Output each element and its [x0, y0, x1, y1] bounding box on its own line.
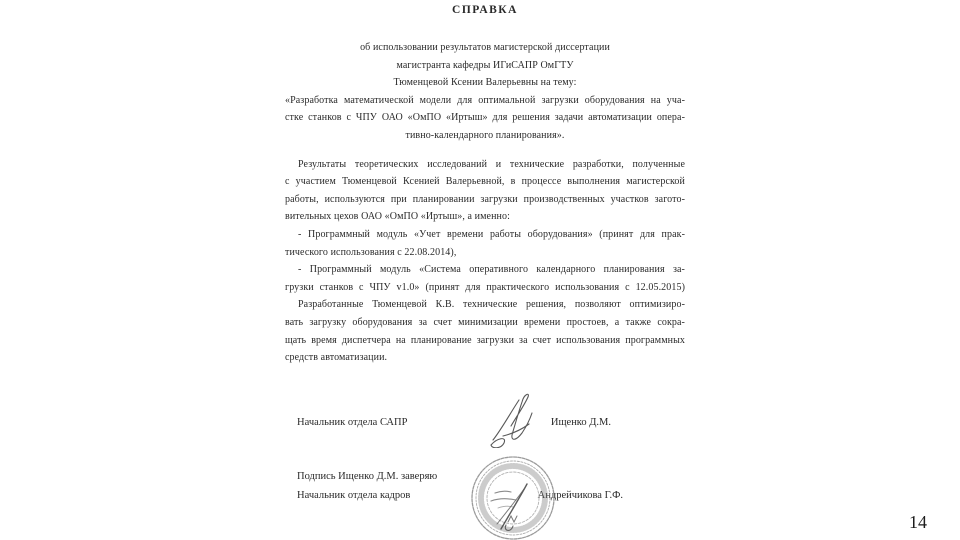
sapr-name: Ищенко Д.М.	[551, 416, 611, 430]
doc-line: Тюменцевой Ксении Валерьевны на тему:	[285, 74, 685, 92]
page-number: 14	[909, 512, 927, 533]
doc-line: «Разработка математической модели для оп…	[285, 92, 685, 110]
doc-line: Результаты теоретических исследований и …	[285, 156, 685, 174]
signature-scribble	[483, 388, 545, 448]
doc-line: вать загрузку оборудования за счет миним…	[285, 314, 685, 332]
doc-line: - Программный модуль «Учет времени работ…	[285, 226, 685, 244]
doc-line: грузки станков с ЧПУ v1.0» (принят для п…	[285, 279, 685, 297]
doc-line: Разработанные Тюменцевой К.В. технически…	[285, 296, 685, 314]
doc-line: тивно-календарного планирования».	[285, 127, 685, 145]
doc-line: тического использования с 22.08.2014),	[285, 244, 685, 262]
sapr-position-label: Начальник отдела САПР	[297, 416, 407, 430]
doc-line: работы, используются при планировании за…	[285, 191, 685, 209]
doc-line: стке станков с ЧПУ ОАО «ОмПО «Иртыш» для…	[285, 109, 685, 127]
doc-line: щать время диспетчера на планирование за…	[285, 332, 685, 350]
doc-line: средств автоматизации.	[285, 349, 685, 367]
doc-line: об использовании результатов магистерско…	[285, 39, 685, 57]
doc-line: вительных цехов ОАО «ОмПО «Иртыш», а име…	[285, 208, 685, 226]
certify-line: Подпись Ищенко Д.М. заверяю	[297, 470, 437, 484]
doc-line: магистранта кафедры ИГиСАПР ОмГТУ	[285, 57, 685, 75]
slide: СПРАВКА об использовании результатов маг…	[0, 0, 960, 540]
hr-position-label: Начальник отдела кадров	[297, 489, 410, 503]
stamp-seal	[468, 452, 560, 540]
document-title: СПРАВКА	[285, 4, 685, 19]
doc-line: - Программный модуль «Система оперативно…	[285, 261, 685, 279]
doc-line: с участием Тюменцевой Ксенией Валерьевно…	[285, 173, 685, 191]
scanned-document: СПРАВКА об использовании результатов маг…	[285, 0, 685, 540]
